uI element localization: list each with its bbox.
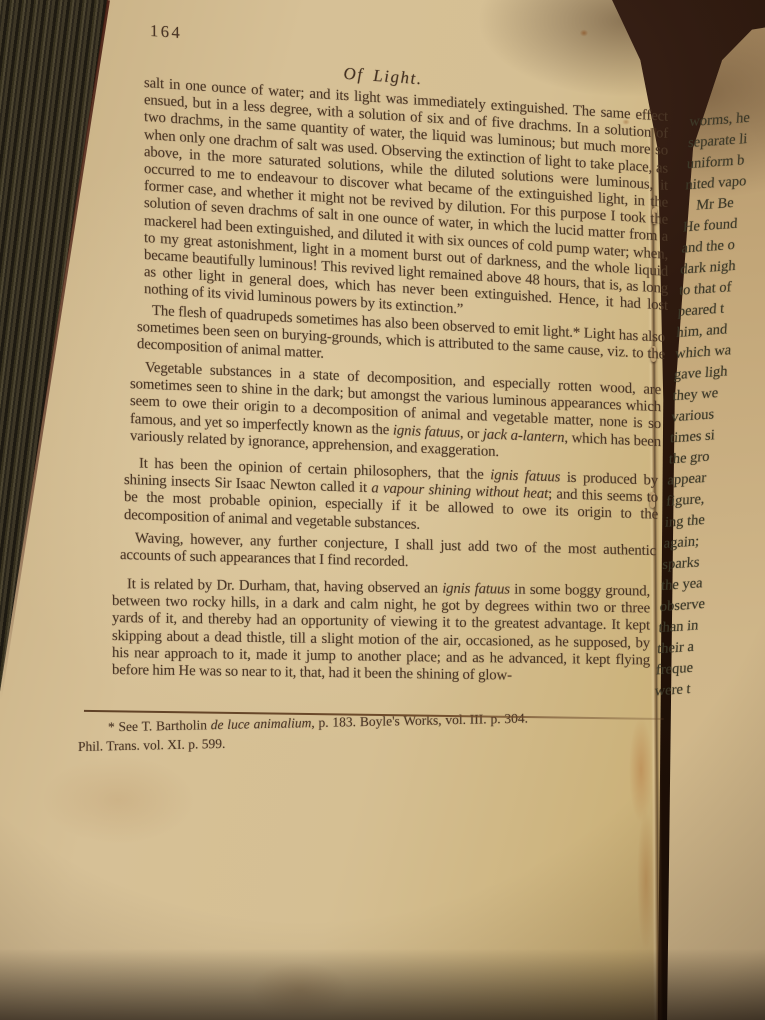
paragraph-1: salt in one ounce of water; and its ligh… <box>144 75 668 333</box>
text-run: salt in one ounce of water; and its ligh… <box>144 75 668 318</box>
footnote: * See T. Bartholin de luce animalium, p.… <box>78 700 528 755</box>
right-page-fragments: worms, heseparate liuniform bnited vapoM… <box>654 104 765 702</box>
italic-text: ignis fatuus <box>442 581 510 598</box>
book-photo: 164 Of Light. salt in one ounce of water… <box>0 0 765 1020</box>
italic-text: ignis fatuus <box>393 422 460 441</box>
paragraph-4: It has been the opinion of certain philo… <box>124 455 658 542</box>
text-run: in some boggy ground, between two rocky … <box>112 582 650 684</box>
paragraph-list: salt in one ounce of water; and its ligh… <box>118 75 662 680</box>
page-number: 164 <box>150 21 182 43</box>
text-run: , or <box>460 425 483 442</box>
paragraph-6: It is related by Dr. Durham, that, havin… <box>112 576 650 687</box>
text-run: * See T. Bartholin <box>108 717 211 734</box>
italic-text: ignis fatuus <box>490 467 560 485</box>
italic-text: de luce animalium <box>211 715 312 732</box>
left-page-text-column: Of Light. salt in one ounce of water; an… <box>118 48 662 756</box>
footnote-text: * See T. Bartholin de luce animalium, p.… <box>78 710 528 753</box>
